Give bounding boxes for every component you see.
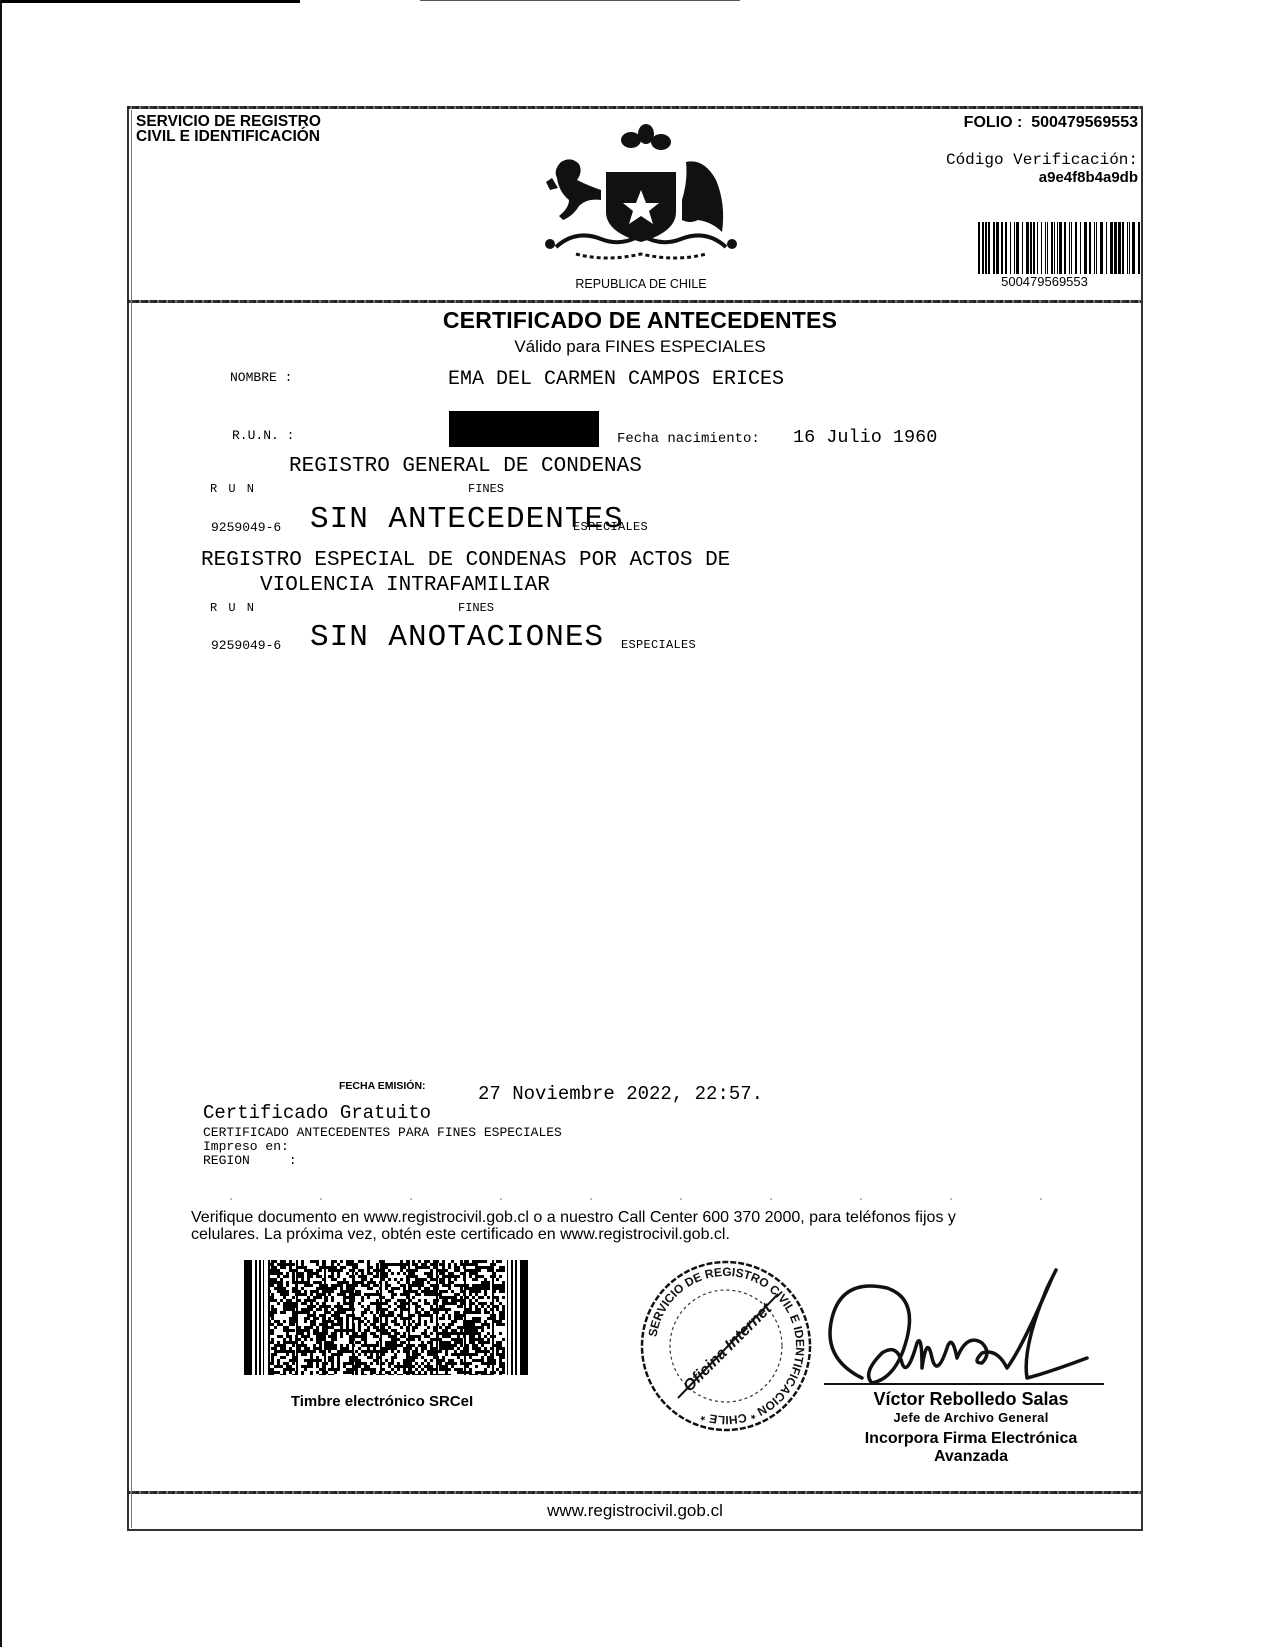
signature-note-line1: Incorpora Firma Electrónica xyxy=(836,1430,1106,1448)
certificate-title: CERTIFICADO DE ANTECEDENTES xyxy=(380,307,900,334)
issue-date-value: 27 Noviembre 2022, 22:57. xyxy=(478,1083,763,1105)
general-registry-rut: 9259049-6 xyxy=(211,520,281,535)
chile-coat-of-arms-icon xyxy=(536,122,746,267)
run-redaction xyxy=(449,411,599,447)
general-registry-fines: ESPECIALES xyxy=(573,520,648,534)
issuing-organization: SERVICIO DE REGISTRO CIVIL E IDENTIFICAC… xyxy=(136,114,321,144)
dotted-separator xyxy=(190,1198,1120,1200)
electronic-stamp-barcode-icon xyxy=(244,1260,528,1375)
svg-text:Oficina Internet: Oficina Internet xyxy=(680,1300,775,1395)
certificate-description: CERTIFICADO ANTECEDENTES PARA FINES ESPE… xyxy=(203,1126,562,1140)
org-line-2: CIVIL E IDENTIFICACIÓN xyxy=(136,129,321,144)
signature-note-line2: Avanzada xyxy=(836,1448,1106,1466)
folio: FOLIO : 500479569553 xyxy=(964,114,1138,132)
certificate-subtitle: Válido para FINES ESPECIALES xyxy=(380,337,900,357)
printed-at-label: Impreso en: xyxy=(203,1140,289,1154)
signature-icon xyxy=(822,1258,1112,1408)
special-registry-fines: ESPECIALES xyxy=(621,638,696,652)
fines-column-label: FINES xyxy=(458,601,494,615)
header-divider xyxy=(127,300,1143,303)
special-registry-title-line1: REGISTRO ESPECIAL DE CONDENAS POR ACTOS … xyxy=(201,549,730,572)
special-registry-title-line2: VIOLENCIA INTRAFAMILIAR xyxy=(260,574,550,597)
certificate-type: Certificado Gratuito xyxy=(203,1102,431,1124)
org-line-1: SERVICIO DE REGISTRO xyxy=(136,114,321,129)
folio-barcode-icon xyxy=(978,222,1140,274)
verification-code-label: Código Verificación: xyxy=(946,151,1138,169)
verification-line-1: Verifique documento en www.registrocivil… xyxy=(191,1209,1091,1226)
birthdate-label: Fecha nacimiento: xyxy=(617,431,760,447)
signer-name: Víctor Rebolledo Salas xyxy=(836,1389,1106,1410)
folio-label: FOLIO : xyxy=(964,114,1023,131)
verification-instructions: Verifique documento en www.registrocivil… xyxy=(191,1209,1091,1243)
issue-date-label: FECHA EMISIÓN: xyxy=(339,1080,426,1092)
special-registry-rut: 9259049-6 xyxy=(211,638,281,653)
name-label: NOMBRE : xyxy=(230,370,292,385)
barcode-number: 500479569553 xyxy=(978,274,1111,289)
region-label: REGION : xyxy=(203,1154,297,1168)
general-registry-title: REGISTRO GENERAL DE CONDENAS xyxy=(289,455,642,478)
signer-role: Jefe de Archivo General xyxy=(836,1410,1106,1425)
footer-website-link[interactable]: www.registrocivil.gob.cl xyxy=(127,1501,1143,1521)
run-column-label: R U N xyxy=(210,482,256,496)
frame-top-line xyxy=(127,106,1143,109)
verification-line-2: celulares. La próxima vez, obtén este ce… xyxy=(191,1226,1091,1243)
official-seal-icon: SERVICIO DE REGISTRO CIVIL E IDENTIFICAC… xyxy=(638,1258,814,1434)
folio-value: 500479569553 xyxy=(1031,114,1138,131)
footer-divider xyxy=(127,1491,1143,1494)
coat-of-arms-caption: REPUBLICA DE CHILE xyxy=(541,277,741,291)
name-value: EMA DEL CARMEN CAMPOS ERICES xyxy=(448,368,784,391)
run-column-label: R U N xyxy=(210,601,256,615)
verification-code-value: a9e4f8b4a9db xyxy=(1039,169,1138,186)
scan-artifact xyxy=(420,0,740,1)
fines-column-label: FINES xyxy=(468,482,504,496)
run-label: R.U.N. : xyxy=(232,428,294,443)
birthdate-value: 16 Julio 1960 xyxy=(793,427,937,448)
scan-artifact xyxy=(0,0,300,3)
frame-inner-line xyxy=(131,110,132,1528)
electronic-stamp-caption: Timbre electrónico SRCeI xyxy=(232,1393,532,1410)
signature-line xyxy=(824,1383,1104,1385)
page-edge xyxy=(0,0,2,1647)
special-registry-status: SIN ANOTACIONES xyxy=(310,620,604,655)
